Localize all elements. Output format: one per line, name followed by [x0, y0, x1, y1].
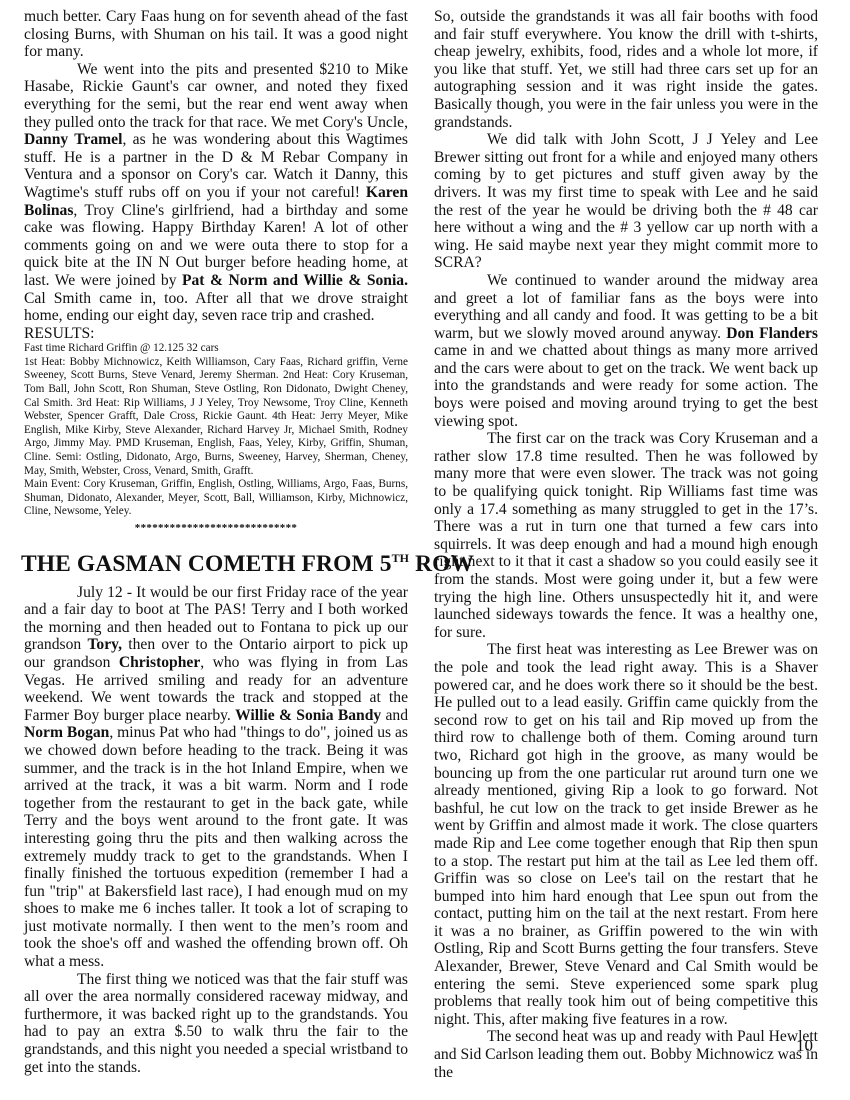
- bold-name: Don Flanders: [726, 325, 818, 342]
- paragraph-fair: The first thing we noticed was that the …: [24, 971, 408, 1077]
- right-column: So, outside the grandstands it was all f…: [434, 8, 818, 1081]
- paragraph-outside: So, outside the grandstands it was all f…: [434, 8, 818, 131]
- results-block: Fast time Richard Griffin @ 12.125 32 ca…: [24, 342, 408, 519]
- paragraph-pits: We went into the pits and presented $210…: [24, 61, 408, 325]
- bold-name: Tory,: [87, 636, 122, 653]
- results-label: RESULTS:: [24, 325, 408, 343]
- text: came in and we chatted about things as m…: [434, 342, 818, 429]
- paragraph-wander: We continued to wander around the midway…: [434, 272, 818, 430]
- bold-name: Norm Bogan: [24, 724, 109, 741]
- heat-results: 1st Heat: Bobby Michnowicz, Keith Willia…: [24, 356, 408, 478]
- bold-name: Danny Tramel: [24, 131, 122, 148]
- text: , minus Pat who had "things to do", join…: [24, 724, 408, 970]
- paragraph-first-heat: The first heat was interesting as Lee Br…: [434, 641, 818, 1028]
- paragraph-continued: much better. Cary Faas hung on for seven…: [24, 8, 408, 61]
- paragraph-first-car: The first car on the track was Cory Krus…: [434, 430, 818, 641]
- paragraph-july12: July 12 - It would be our first Friday r…: [24, 584, 408, 971]
- title-text: THE GASMAN COMETH FROM 5: [21, 551, 392, 577]
- article-title: THE GASMAN COMETH FROM 5TH ROW: [21, 544, 408, 578]
- left-column: much better. Cary Faas hung on for seven…: [24, 8, 408, 1076]
- bold-name: Willie & Sonia Bandy: [235, 707, 381, 724]
- bold-name: Christopher: [119, 654, 200, 671]
- fast-time: Fast time Richard Griffin @ 12.125 32 ca…: [24, 342, 408, 356]
- text: and: [381, 707, 408, 724]
- page-number: 10: [796, 1036, 813, 1056]
- text: Cal Smith came in, too. After all that w…: [24, 290, 408, 325]
- text: We went into the pits and presented $210…: [24, 61, 408, 131]
- paragraph-talk: We did talk with John Scott, J J Yeley a…: [434, 131, 818, 272]
- paragraph-second-heat: The second heat was up and ready with Pa…: [434, 1028, 818, 1081]
- main-event-results: Main Event: Cory Kruseman, Griffin, Engl…: [24, 478, 408, 519]
- title-superscript: TH: [392, 551, 410, 565]
- section-divider: ****************************: [24, 520, 408, 538]
- bold-name: Pat & Norm and Willie & Sonia.: [182, 272, 408, 289]
